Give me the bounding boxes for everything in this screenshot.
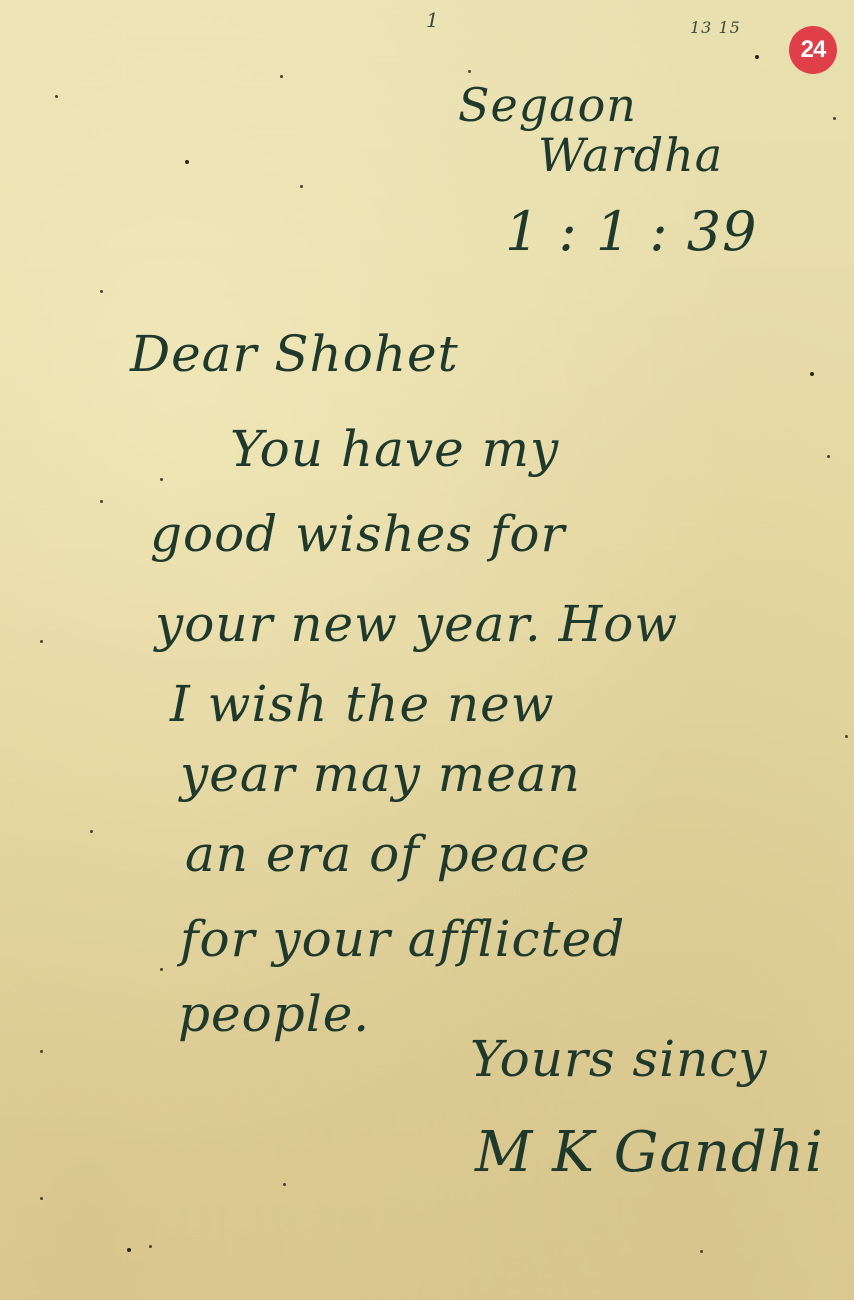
body-line-2: good wishes for bbox=[150, 505, 565, 563]
paper-speck bbox=[185, 160, 189, 164]
paper-speck bbox=[810, 372, 814, 376]
body-line-5: year may mean bbox=[180, 745, 581, 803]
closing: Yours sincy bbox=[470, 1030, 768, 1088]
paper-speck bbox=[827, 455, 830, 458]
paper-speck bbox=[149, 1245, 152, 1248]
body-line-6: an era of peace bbox=[185, 825, 591, 883]
paper-speck bbox=[40, 1197, 43, 1200]
body-line-1: You have my bbox=[230, 420, 559, 478]
paper-speck bbox=[300, 185, 303, 188]
paper-speck bbox=[283, 1183, 286, 1186]
paper-speck bbox=[160, 478, 163, 481]
paper-speck bbox=[55, 95, 58, 98]
paper-speck bbox=[100, 290, 103, 293]
paper-speck bbox=[468, 70, 471, 73]
page-number-mark: 1 bbox=[426, 8, 440, 32]
paper-speck bbox=[127, 1248, 131, 1252]
place-line-1: Segaon bbox=[458, 78, 637, 132]
archive-number: 13 15 bbox=[690, 18, 741, 37]
body-line-3: your new year. How bbox=[155, 595, 678, 653]
paper-speck bbox=[833, 117, 836, 120]
paper-speck bbox=[700, 1250, 703, 1253]
badge-24: 24 bbox=[789, 26, 837, 74]
body-line-8: people. bbox=[178, 985, 370, 1043]
signature: M K Gandhi bbox=[475, 1120, 824, 1185]
body-line-7: for your afflicted bbox=[180, 910, 625, 968]
salutation: Dear Shohet bbox=[130, 325, 459, 383]
paper-speck bbox=[280, 75, 283, 78]
paper-speck bbox=[40, 640, 43, 643]
body-line-4: I wish the new bbox=[170, 675, 555, 733]
paper-speck bbox=[845, 735, 848, 738]
paper-speck bbox=[90, 830, 93, 833]
place-line-2: Wardha bbox=[538, 128, 723, 182]
paper-speck bbox=[755, 55, 759, 59]
paper-speck bbox=[160, 968, 163, 971]
letter-page: 1 13 15 24 Segaon Wardha 1 : 1 : 39 Dear… bbox=[0, 0, 854, 1300]
paper-speck bbox=[40, 1050, 43, 1053]
paper-speck bbox=[100, 500, 103, 503]
letter-date: 1 : 1 : 39 bbox=[505, 200, 757, 263]
